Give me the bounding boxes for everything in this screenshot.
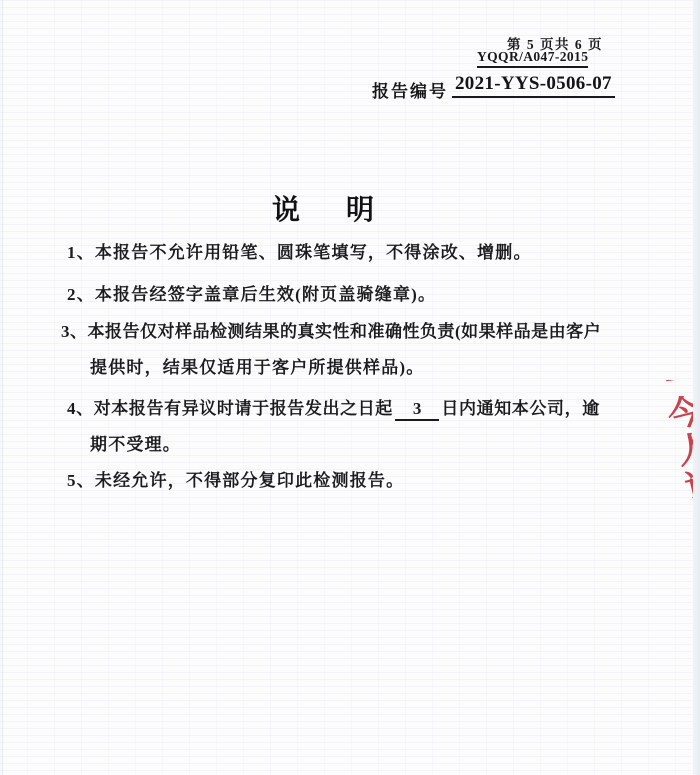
page-title-char-right: 明 bbox=[346, 188, 374, 228]
report-number-label: 报告编号 bbox=[372, 77, 448, 102]
days-fill-in-value: 3 bbox=[395, 399, 440, 421]
note-item-3-line-2: 提供时，结果仅适用于客户所提供样品)。 bbox=[90, 353, 424, 378]
note-item-4-line-2: 期不受理。 bbox=[90, 430, 181, 455]
report-notes-page: 第 5 页共 6 页 YQQR/A047-2015 报告编号 2021-YYS-… bbox=[0, 0, 700, 775]
note-item-3-line-1: 3、本报告仅对样品检测结果的真实性和准确性负责(如果样品是由客户 bbox=[61, 317, 601, 342]
scan-right-edge-strip bbox=[693, 0, 700, 775]
note-item-4-prefix: 4、对本报告有异议时请于报告发出之日起 bbox=[67, 399, 393, 418]
note-item-2: 2、本报告经签字盖章后生效(附页盖骑缝章)。 bbox=[67, 280, 436, 305]
report-number-value: 2021-YYS-0506-07 bbox=[452, 73, 615, 98]
scan-left-edge-line bbox=[2, 0, 3, 775]
document-code: YQQR/A047-2015 bbox=[477, 49, 588, 68]
page-title: 说 明 bbox=[272, 188, 374, 228]
page-title-char-left: 说 bbox=[272, 188, 300, 228]
note-item-1: 1、本报告不允许用铅笔、圆珠笔填写，不得涂改、增删。 bbox=[67, 238, 532, 263]
note-item-4-line-1: 4、对本报告有异议时请于报告发出之日起3日内通知本公司，逾 bbox=[67, 394, 600, 421]
note-item-5: 5、未经允许，不得部分复印此检测报告。 bbox=[67, 466, 404, 491]
note-item-4-suffix: 日内通知本公司，逾 bbox=[441, 399, 599, 418]
